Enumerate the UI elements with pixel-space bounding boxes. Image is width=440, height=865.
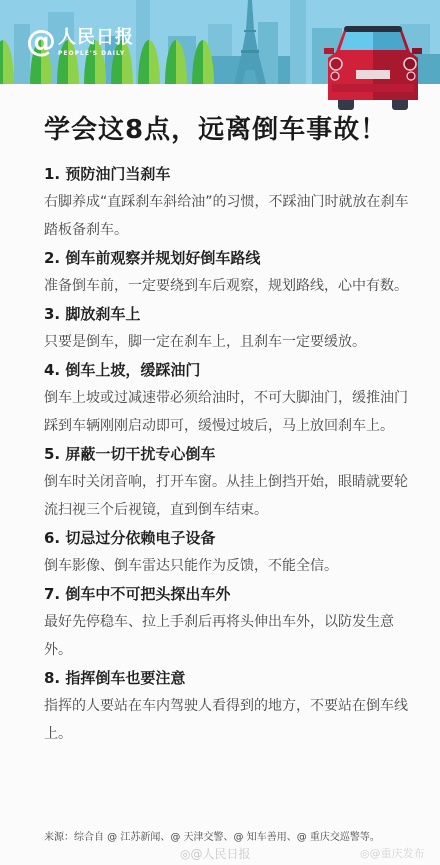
- tip-section-1: 1. 预防油门当刹车 右脚养成“直踩刹车斜给油”的习惯，不踩油门时就放在刹车踏板…: [44, 160, 414, 244]
- tip-body: 右脚养成“直踩刹车斜给油”的习惯，不踩油门时就放在刹车踏板备刹车。: [44, 188, 414, 244]
- building-shape: [290, 0, 306, 84]
- tip-section-2: 2. 倒车前观察并规划好倒车路线 准备倒车前，一定要绕到车后观察，规划路线，心中…: [44, 244, 414, 300]
- tip-section-4: 4. 倒车上坡，缓踩油门 倒车上坡或过减速带必须给油时，不可大脚油门，缓推油门踩…: [44, 356, 414, 440]
- tip-heading: 4. 倒车上坡，缓踩油门: [44, 356, 414, 384]
- tip-body: 倒车时关闭音响，打开车窗。从挂上倒挡开始，眼睛就要轮流扫视三个后视镜，直到倒车结…: [44, 468, 414, 524]
- tip-body: 指挥的人要站在车内驾驶人看得到的地方，不要站在倒车线上。: [44, 692, 414, 748]
- article-content: 学会这8点，远离倒车事故！ 1. 预防油门当刹车 右脚养成“直踩刹车斜给油”的习…: [44, 110, 414, 748]
- logo-at-icon: @: [26, 28, 56, 56]
- watermark-text: @人民日报: [190, 847, 250, 861]
- tip-body: 最好先停稳车、拉上手刹后再将头伸出车外，以防发生意外。: [44, 608, 414, 664]
- tip-section-8: 8. 指挥倒车也要注意 指挥的人要站在车内驾驶人看得到的地方，不要站在倒车线上。: [44, 664, 414, 748]
- tip-heading: 7. 倒车中不可把头探出车外: [44, 580, 414, 608]
- eiffel-tower-icon: [228, 0, 272, 84]
- tip-heading: 2. 倒车前观察并规划好倒车路线: [44, 244, 414, 272]
- logo-chinese: 人民日报: [58, 28, 134, 48]
- tip-section-6: 6. 切忌过分依赖电子设备 倒车影像、倒车雷达只能作为反馈，不能全信。: [44, 524, 414, 580]
- tip-heading: 3. 脚放刹车上: [44, 300, 414, 328]
- watermark-text: @重庆发布: [370, 847, 425, 860]
- weibo-icon: ◎: [180, 847, 190, 861]
- source-credit: 来源：综合自 @ 江苏新闻、@ 天津交警、@ 知车善用、@ 重庆交巡警等。: [44, 828, 380, 843]
- weibo-icon: ◎: [360, 847, 370, 860]
- tip-body: 倒车上坡或过减速带必须给油时，不可大脚油门，缓推油门踩到车辆刚刚启动即可，缓慢过…: [44, 384, 414, 440]
- tip-section-3: 3. 脚放刹车上 只要是倒车，脚一定在刹车上，且刹车一定要缓放。: [44, 300, 414, 356]
- tip-body: 只要是倒车，脚一定在刹车上，且刹车一定要缓放。: [44, 328, 414, 356]
- tip-section-5: 5. 屏蔽一切干扰专心倒车 倒车时关闭音响，打开车窗。从挂上倒挡开始，眼睛就要轮…: [44, 440, 414, 524]
- tip-heading: 5. 屏蔽一切干扰专心倒车: [44, 440, 414, 468]
- tip-heading: 1. 预防油门当刹车: [44, 160, 414, 188]
- page-title: 学会这8点，远离倒车事故！: [44, 110, 414, 150]
- logo-english: PEOPLE'S DAILY: [58, 50, 134, 57]
- tip-heading: 6. 切忌过分依赖电子设备: [44, 524, 414, 552]
- weibo-watermark: ◎@人民日报: [180, 845, 251, 862]
- tip-body: 倒车影像、倒车雷达只能作为反馈，不能全信。: [44, 552, 414, 580]
- tip-heading: 8. 指挥倒车也要注意: [44, 664, 414, 692]
- tip-body: 准备倒车前，一定要绕到车后观察，规划路线，心中有数。: [44, 272, 414, 300]
- peoples-daily-logo: @ 人民日报 PEOPLE'S DAILY: [26, 28, 134, 57]
- tip-section-7: 7. 倒车中不可把头探出车外 最好先停稳车、拉上手刹后再将头伸出车外，以防发生意…: [44, 580, 414, 664]
- red-car-icon: [322, 22, 424, 110]
- weibo-watermark: ◎@重庆发布: [360, 845, 425, 861]
